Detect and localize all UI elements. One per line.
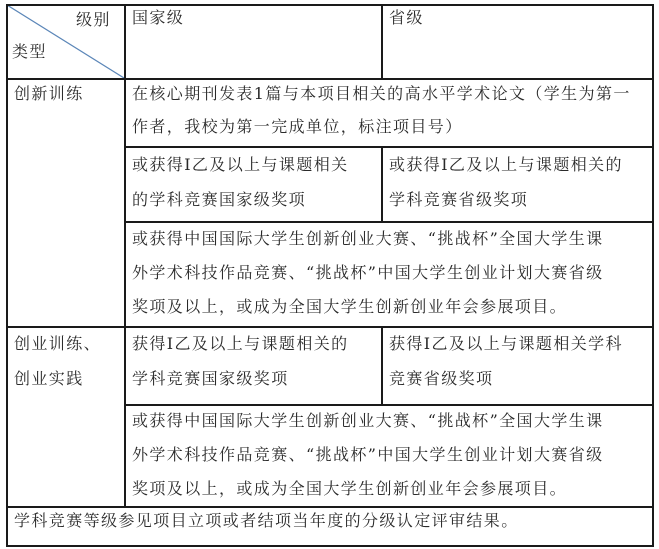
border-right	[652, 4, 654, 547]
type-innovation-training: 创新训练	[14, 78, 84, 109]
innov-national-award-line2: 的学科竞赛国家级奖项	[132, 184, 306, 215]
innov-competition-line1: 或获得中国国际大学生创新创业大赛、“挑战杯”全国大学生课	[132, 223, 604, 254]
divider-paper-row	[124, 146, 654, 148]
entre-competition-line3: 奖项及以上，或成为全国大学生创新创业年会参展项目。	[132, 473, 567, 504]
header-type-label: 类型	[12, 36, 47, 67]
header-provincial: 省级	[389, 2, 424, 33]
entre-national-award-line2: 学科竞赛国家级奖项	[132, 363, 289, 394]
innov-national-award-line1: 或获得Ⅰ乙及以上与课题相关	[132, 149, 349, 180]
entre-provincial-award-line2: 竞赛省级奖项	[389, 363, 493, 394]
entre-provincial-award-line1: 获得Ⅰ乙及以上与课题相关学科	[389, 328, 623, 359]
innov-paper-line1: 在核心期刊发表1篇与本项目相关的高水平学术论文（学生为第一	[132, 78, 631, 109]
requirements-table: 级别 类型 国家级 省级 创新训练 在核心期刊发表1篇与本项目相关的高水平学术论…	[6, 4, 654, 547]
footnote: 学科竞赛等级参见项目立项或者结项当年度的分级认定评审结果。	[14, 505, 519, 536]
innov-provincial-award-line2: 学科竞赛省级奖项	[389, 184, 528, 215]
divider-level-entre	[381, 326, 383, 405]
divider-level-header	[381, 4, 383, 79]
innov-provincial-award-line1: 或获得Ⅰ乙及以上与课题相关的	[389, 149, 623, 180]
innov-competition-line3: 奖项及以上，或成为全国大学生创新创业年会参展项目。	[132, 291, 567, 322]
innov-competition-line2: 外学术科技作品竞赛、“挑战杯”中国大学生创业计划大赛省级	[132, 257, 604, 288]
divider-level-innov	[381, 146, 383, 222]
type-entrepreneurship-line2: 创业实践	[14, 363, 84, 394]
header-national: 国家级	[132, 2, 184, 33]
entre-national-award-line1: 获得Ⅰ乙及以上与课题相关的	[132, 328, 349, 359]
entre-competition-line2: 外学术科技作品竞赛、“挑战杯”中国大学生创业计划大赛省级	[132, 439, 604, 470]
border-bottom	[6, 545, 654, 547]
entre-competition-line1: 或获得中国国际大学生创新创业大赛、“挑战杯”全国大学生课	[132, 405, 604, 436]
border-left	[6, 4, 8, 547]
divider-type-column	[124, 4, 126, 507]
innov-paper-line2: 作者，我校为第一完成单位，标注项目号）	[132, 111, 463, 142]
type-entrepreneurship-line1: 创业训练、	[14, 328, 101, 359]
header-level-label: 级别	[76, 4, 111, 35]
